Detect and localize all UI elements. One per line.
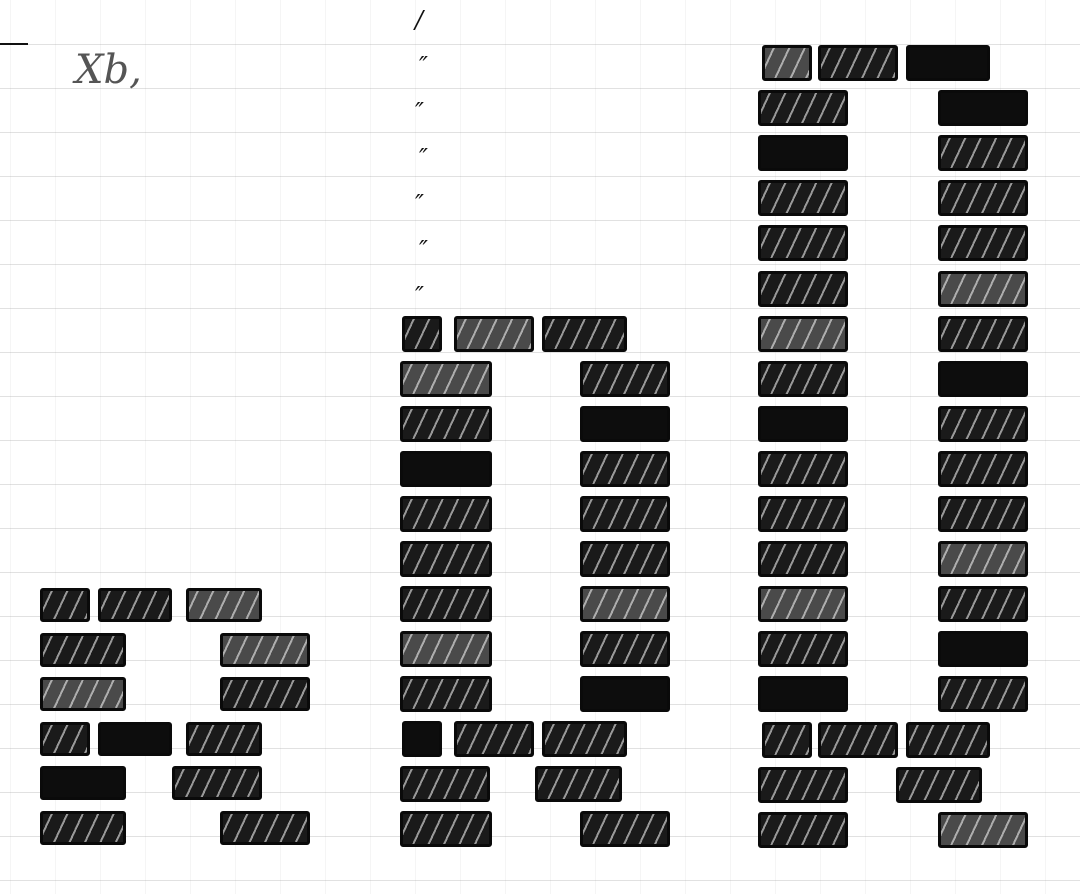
right-stack-pair-wide-block — [758, 631, 848, 667]
middle-stack-pair-wide-block — [400, 451, 492, 487]
right-stack-pair-wide-block — [938, 271, 1028, 307]
left-stack-cap-block — [98, 588, 172, 622]
right-stack-pair-wide-block — [938, 541, 1028, 577]
right-stack-pair-mid-block — [896, 767, 982, 803]
right-stack-pair-wide-block — [938, 135, 1028, 171]
handwritten-note: Xb, — [75, 50, 142, 90]
ditto-mark: ″ — [415, 100, 424, 124]
right-stack-pair-wide-block — [938, 451, 1028, 487]
right-stack-pair-wide-block — [758, 676, 848, 712]
right-stack-pair-wide-block — [938, 361, 1028, 397]
graph-paper-sheet: Xb, /″″″″″″ — [0, 0, 1080, 894]
middle-stack-pair-wide-block — [400, 361, 492, 397]
middle-stack-pair-wide-block — [580, 361, 670, 397]
right-stack-pair-wide-block — [938, 316, 1028, 352]
right-stack-pair-wide-block — [938, 496, 1028, 532]
right-stack-pair-wide-block — [758, 361, 848, 397]
right-stack-pair-wide-block — [758, 406, 848, 442]
left-stack-cap-block — [40, 722, 90, 756]
middle-stack-pair-mid-block — [400, 766, 490, 802]
middle-stack-cap-block — [542, 316, 627, 352]
middle-stack-pair-wide-block — [400, 586, 492, 622]
left-stack-pair-mid-block — [40, 766, 126, 800]
middle-stack-pair-wide-block — [400, 541, 492, 577]
left-stack-pair-mid-block — [172, 766, 262, 800]
right-stack-pair-wide-block — [758, 496, 848, 532]
middle-stack-pair-wide-block — [580, 676, 670, 712]
middle-stack-pair-wide-block — [580, 586, 670, 622]
right-stack-pair-wide-block — [938, 90, 1028, 126]
middle-stack-pair-wide-block — [400, 496, 492, 532]
left-stack-pair-wide-block — [40, 811, 126, 845]
middle-stack-pair-wide-block — [400, 631, 492, 667]
left-stack-cap-block — [186, 588, 262, 622]
right-stack-cap-block — [906, 722, 990, 758]
middle-stack-pair-wide-block — [580, 406, 670, 442]
ditto-mark: ″ — [415, 192, 424, 216]
right-stack-pair-wide-block — [938, 225, 1028, 261]
ditto-mark: ″ — [415, 284, 424, 308]
right-stack-pair-wide-block — [938, 812, 1028, 848]
middle-stack-cap-block — [542, 721, 627, 757]
right-stack-pair-wide-block — [758, 586, 848, 622]
left-stack-pair-wide-block — [40, 677, 126, 711]
middle-stack-pair-wide-block — [580, 541, 670, 577]
left-stack-pair-wide-block — [220, 633, 310, 667]
middle-stack-pair-mid-block — [535, 766, 622, 802]
middle-stack-pair-wide-block — [400, 811, 492, 847]
middle-stack-cap-block — [402, 316, 442, 352]
middle-stack-pair-wide-block — [400, 406, 492, 442]
left-stack-pair-wide-block — [220, 677, 310, 711]
middle-stack-pair-wide-block — [580, 451, 670, 487]
ditto-mark: ″ — [419, 146, 428, 170]
middle-stack-cap-block — [454, 316, 534, 352]
middle-stack-cap-block — [402, 721, 442, 757]
left-stack-cap-block — [40, 588, 90, 622]
ditto-mark: ″ — [419, 54, 428, 78]
right-stack-pair-wide-block — [758, 225, 848, 261]
left-stack-cap-block — [186, 722, 262, 756]
right-stack-pair-wide-block — [758, 180, 848, 216]
middle-stack-pair-wide-block — [400, 676, 492, 712]
middle-stack-pair-wide-block — [580, 496, 670, 532]
right-stack-cap-block — [818, 45, 898, 81]
left-stack-pair-wide-block — [40, 633, 126, 667]
left-stack-cap-block — [98, 722, 172, 756]
right-stack-pair-wide-block — [758, 90, 848, 126]
right-stack-pair-wide-block — [938, 180, 1028, 216]
margin-dash-mark — [0, 43, 28, 45]
right-stack-pair-wide-block — [758, 541, 848, 577]
middle-stack-pair-wide-block — [580, 631, 670, 667]
right-stack-pair-wide-block — [758, 135, 848, 171]
right-stack-pair-mid-block — [758, 767, 848, 803]
right-stack-pair-wide-block — [938, 406, 1028, 442]
right-stack-pair-wide-block — [938, 586, 1028, 622]
ditto-mark: ″ — [419, 238, 428, 262]
right-stack-pair-wide-block — [758, 316, 848, 352]
right-stack-cap-block — [762, 722, 812, 758]
middle-stack-pair-wide-block — [580, 811, 670, 847]
right-stack-pair-wide-block — [758, 812, 848, 848]
ditto-mark: / — [415, 8, 423, 32]
right-stack-pair-wide-block — [758, 271, 848, 307]
right-stack-pair-wide-block — [938, 676, 1028, 712]
right-stack-pair-wide-block — [758, 451, 848, 487]
right-stack-cap-block — [818, 722, 898, 758]
middle-stack-cap-block — [454, 721, 534, 757]
right-stack-cap-block — [906, 45, 990, 81]
right-stack-pair-wide-block — [938, 631, 1028, 667]
left-stack-pair-wide-block — [220, 811, 310, 845]
right-stack-cap-block — [762, 45, 812, 81]
